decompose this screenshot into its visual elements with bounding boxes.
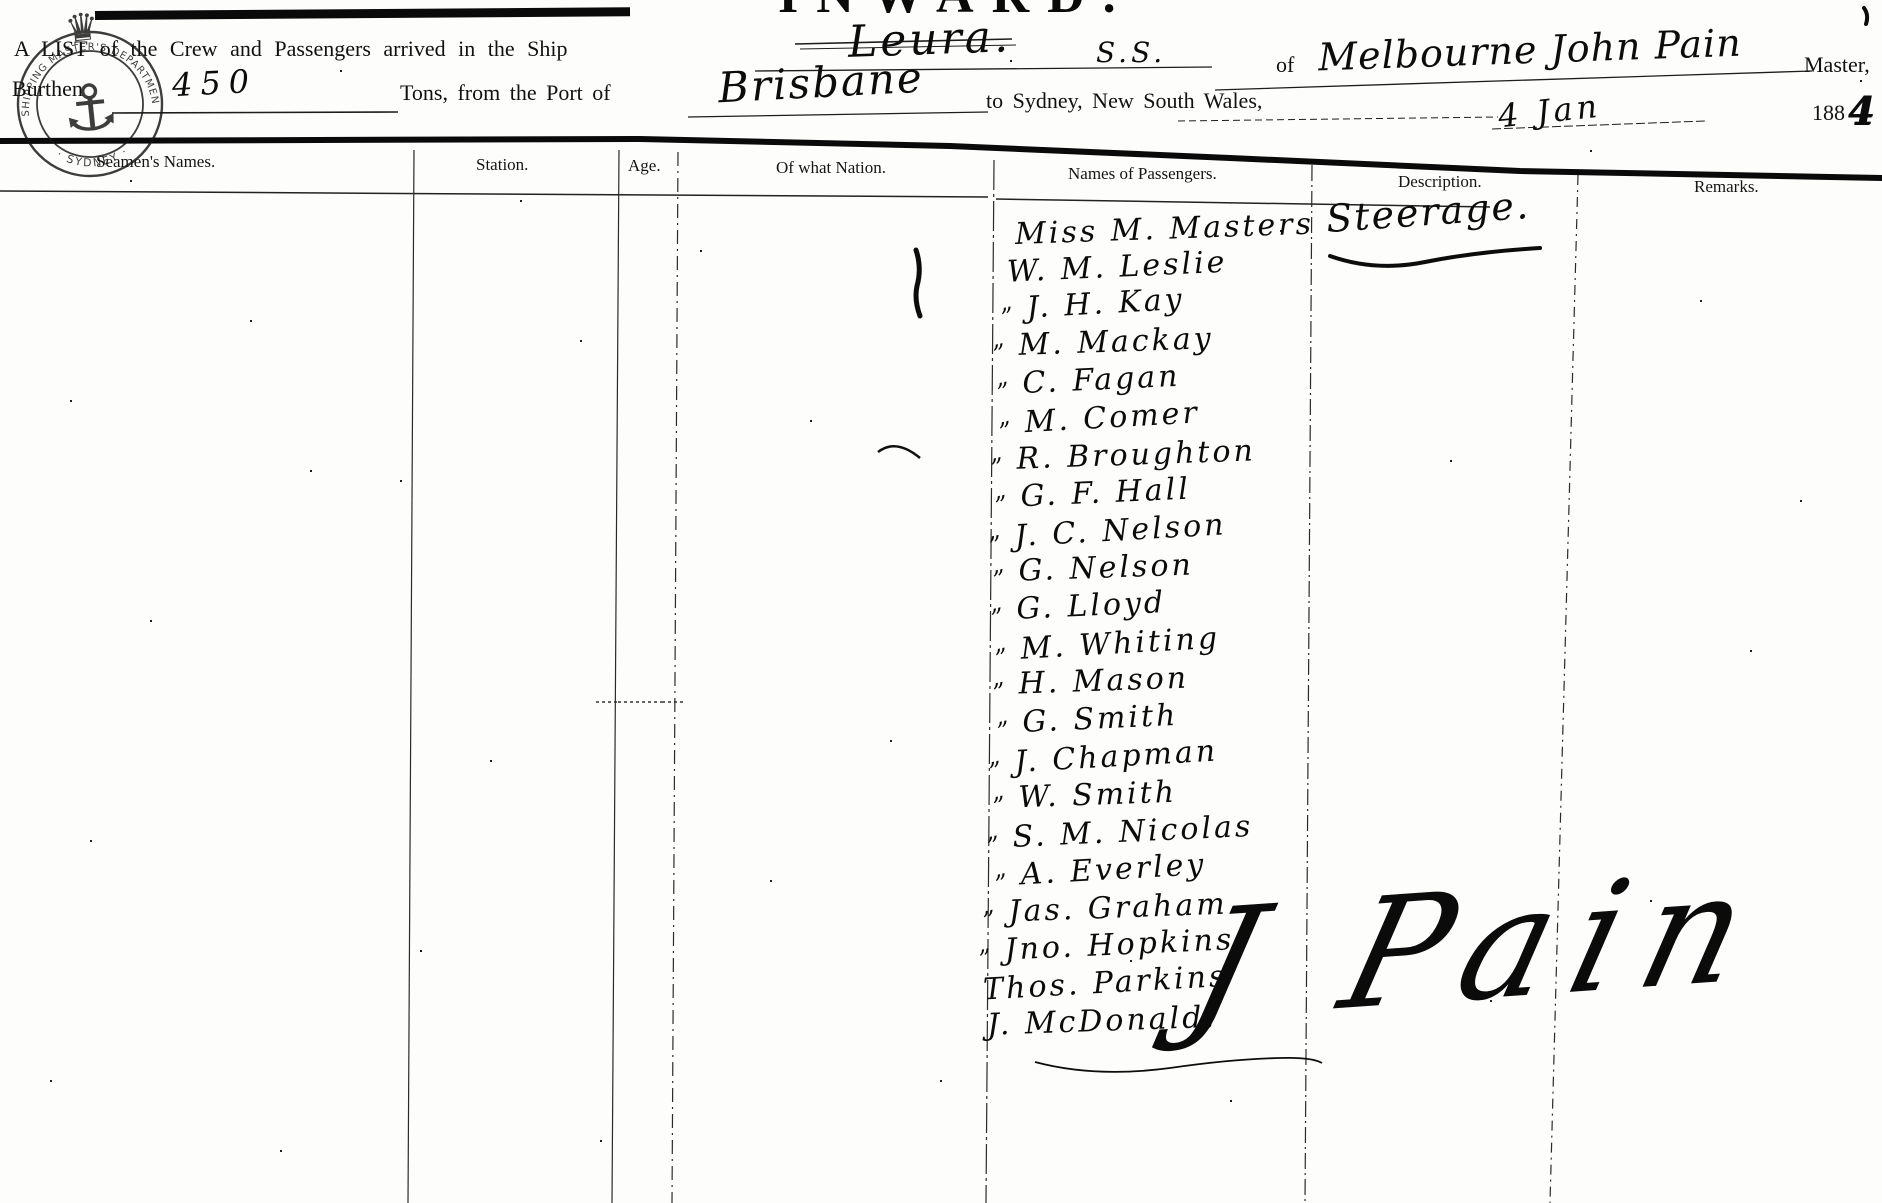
- ship-type-handwritten: S.S.: [1096, 36, 1166, 69]
- master-signature: J Pain: [1178, 851, 1783, 1044]
- passenger-name: M. Mackay: [1018, 321, 1214, 363]
- column-header-nation: Of what Nation.: [776, 158, 886, 178]
- year-digit-handwritten: 4: [1848, 88, 1874, 133]
- tons-from-port-label: Tons, from the Port of: [400, 80, 611, 106]
- ditto-mark: „: [990, 853, 1011, 884]
- departure-port-handwritten: Brisbane: [717, 53, 925, 113]
- passenger-name: Miss M. Masters: [1014, 207, 1314, 252]
- ditto-mark: „: [988, 776, 1009, 807]
- passenger-name: G. Smith: [1022, 698, 1179, 740]
- ditto-mark: „: [990, 628, 1011, 659]
- passenger-name-row: „R. Broughton: [988, 433, 1256, 477]
- passenger-name: G. F. Hall: [1020, 472, 1192, 515]
- passenger-name-row: W. M. Leslie: [994, 245, 1228, 291]
- ditto-mark: „: [994, 401, 1015, 432]
- passenger-name-row: „W. Smith: [990, 775, 1177, 816]
- ditto-mark: „: [988, 549, 1009, 580]
- passenger-name: J. H. Kay: [1026, 282, 1186, 326]
- passenger-name: J. C. Nelson: [1014, 507, 1228, 554]
- ship-passenger-list-document: INWARD. A LIST of the Crew and Passenger…: [0, 0, 1882, 1203]
- ditto-mark: „: [982, 815, 1003, 846]
- passenger-name-row: „G. Nelson: [990, 547, 1194, 589]
- passenger-name: W. Smith: [1018, 775, 1178, 816]
- passenger-name-row: „S. M. Nicolas: [984, 809, 1254, 856]
- master-label: Master,: [1804, 52, 1870, 78]
- crown-icon: ♛: [63, 6, 101, 51]
- passenger-name-row: „M. Mackay: [990, 321, 1214, 364]
- ditto-mark: „: [992, 700, 1013, 731]
- passenger-name: A. Everley: [1020, 847, 1208, 892]
- text-layer: INWARD. A LIST of the Crew and Passenger…: [0, 0, 1882, 1203]
- ditto-mark: „: [978, 890, 999, 921]
- passenger-name-row: „C. Fagan: [994, 359, 1181, 402]
- passenger-name: G. Lloyd: [1016, 585, 1167, 627]
- of-label: of: [1276, 52, 1294, 78]
- arrival-date-handwritten: 4 Jan: [1496, 87, 1602, 136]
- ditto-mark: „: [986, 587, 1007, 618]
- passenger-name-row: „H. Mason: [990, 661, 1189, 703]
- destination-label: to Sydney, New South Wales,: [986, 88, 1262, 114]
- tonnage-handwritten: 450: [171, 62, 258, 104]
- ditto-mark: „: [974, 928, 995, 959]
- passenger-name: R. Broughton: [1016, 433, 1256, 476]
- ditto-mark: „: [996, 286, 1017, 317]
- column-header-station: Station.: [476, 155, 528, 175]
- passenger-name-row: „J. Chapman: [986, 734, 1219, 782]
- description-entry-handwritten: Steerage.: [1325, 183, 1532, 241]
- passenger-name: G. Nelson: [1018, 547, 1194, 588]
- column-header-remarks: Remarks.: [1694, 177, 1759, 197]
- column-header-age: Age.: [628, 156, 661, 176]
- ditto-mark: „: [986, 437, 1007, 468]
- passenger-name: W. M. Leslie: [1006, 245, 1228, 290]
- registry-and-master-handwritten: Melbourne John Pain: [1317, 21, 1742, 80]
- passenger-name-row: „G. Lloyd: [988, 585, 1167, 628]
- passenger-name-row: „G. F. Hall: [992, 472, 1191, 516]
- passenger-name: M. Comer: [1024, 395, 1201, 440]
- ditto-mark: „: [988, 323, 1009, 354]
- passenger-name-row: „G. Smith: [994, 698, 1179, 741]
- ditto-mark: „: [984, 515, 1005, 546]
- year-printed-prefix: 188: [1812, 100, 1845, 126]
- passenger-name-row: Miss M. Masters: [1002, 207, 1314, 253]
- ditto-mark: „: [992, 362, 1013, 393]
- passenger-name: H. Mason: [1018, 661, 1190, 702]
- ditto-mark: „: [984, 741, 1005, 772]
- shipping-master-stamp: SHIPPING MASTER'S DEPARTMENT · SYDNEY · …: [4, 6, 176, 182]
- ditto-mark: „: [988, 662, 1009, 693]
- passenger-name: J. Chapman: [1014, 734, 1219, 780]
- passenger-name-row: „M. Comer: [996, 395, 1200, 441]
- ditto-mark: „: [990, 475, 1011, 506]
- passenger-name: C. Fagan: [1022, 359, 1181, 401]
- anchor-icon: ⚓: [58, 69, 123, 149]
- column-header-passengers: Names of Passengers.: [1068, 164, 1217, 184]
- passenger-name: M. Whiting: [1020, 621, 1221, 667]
- passenger-name: S. M. Nicolas: [1012, 809, 1254, 855]
